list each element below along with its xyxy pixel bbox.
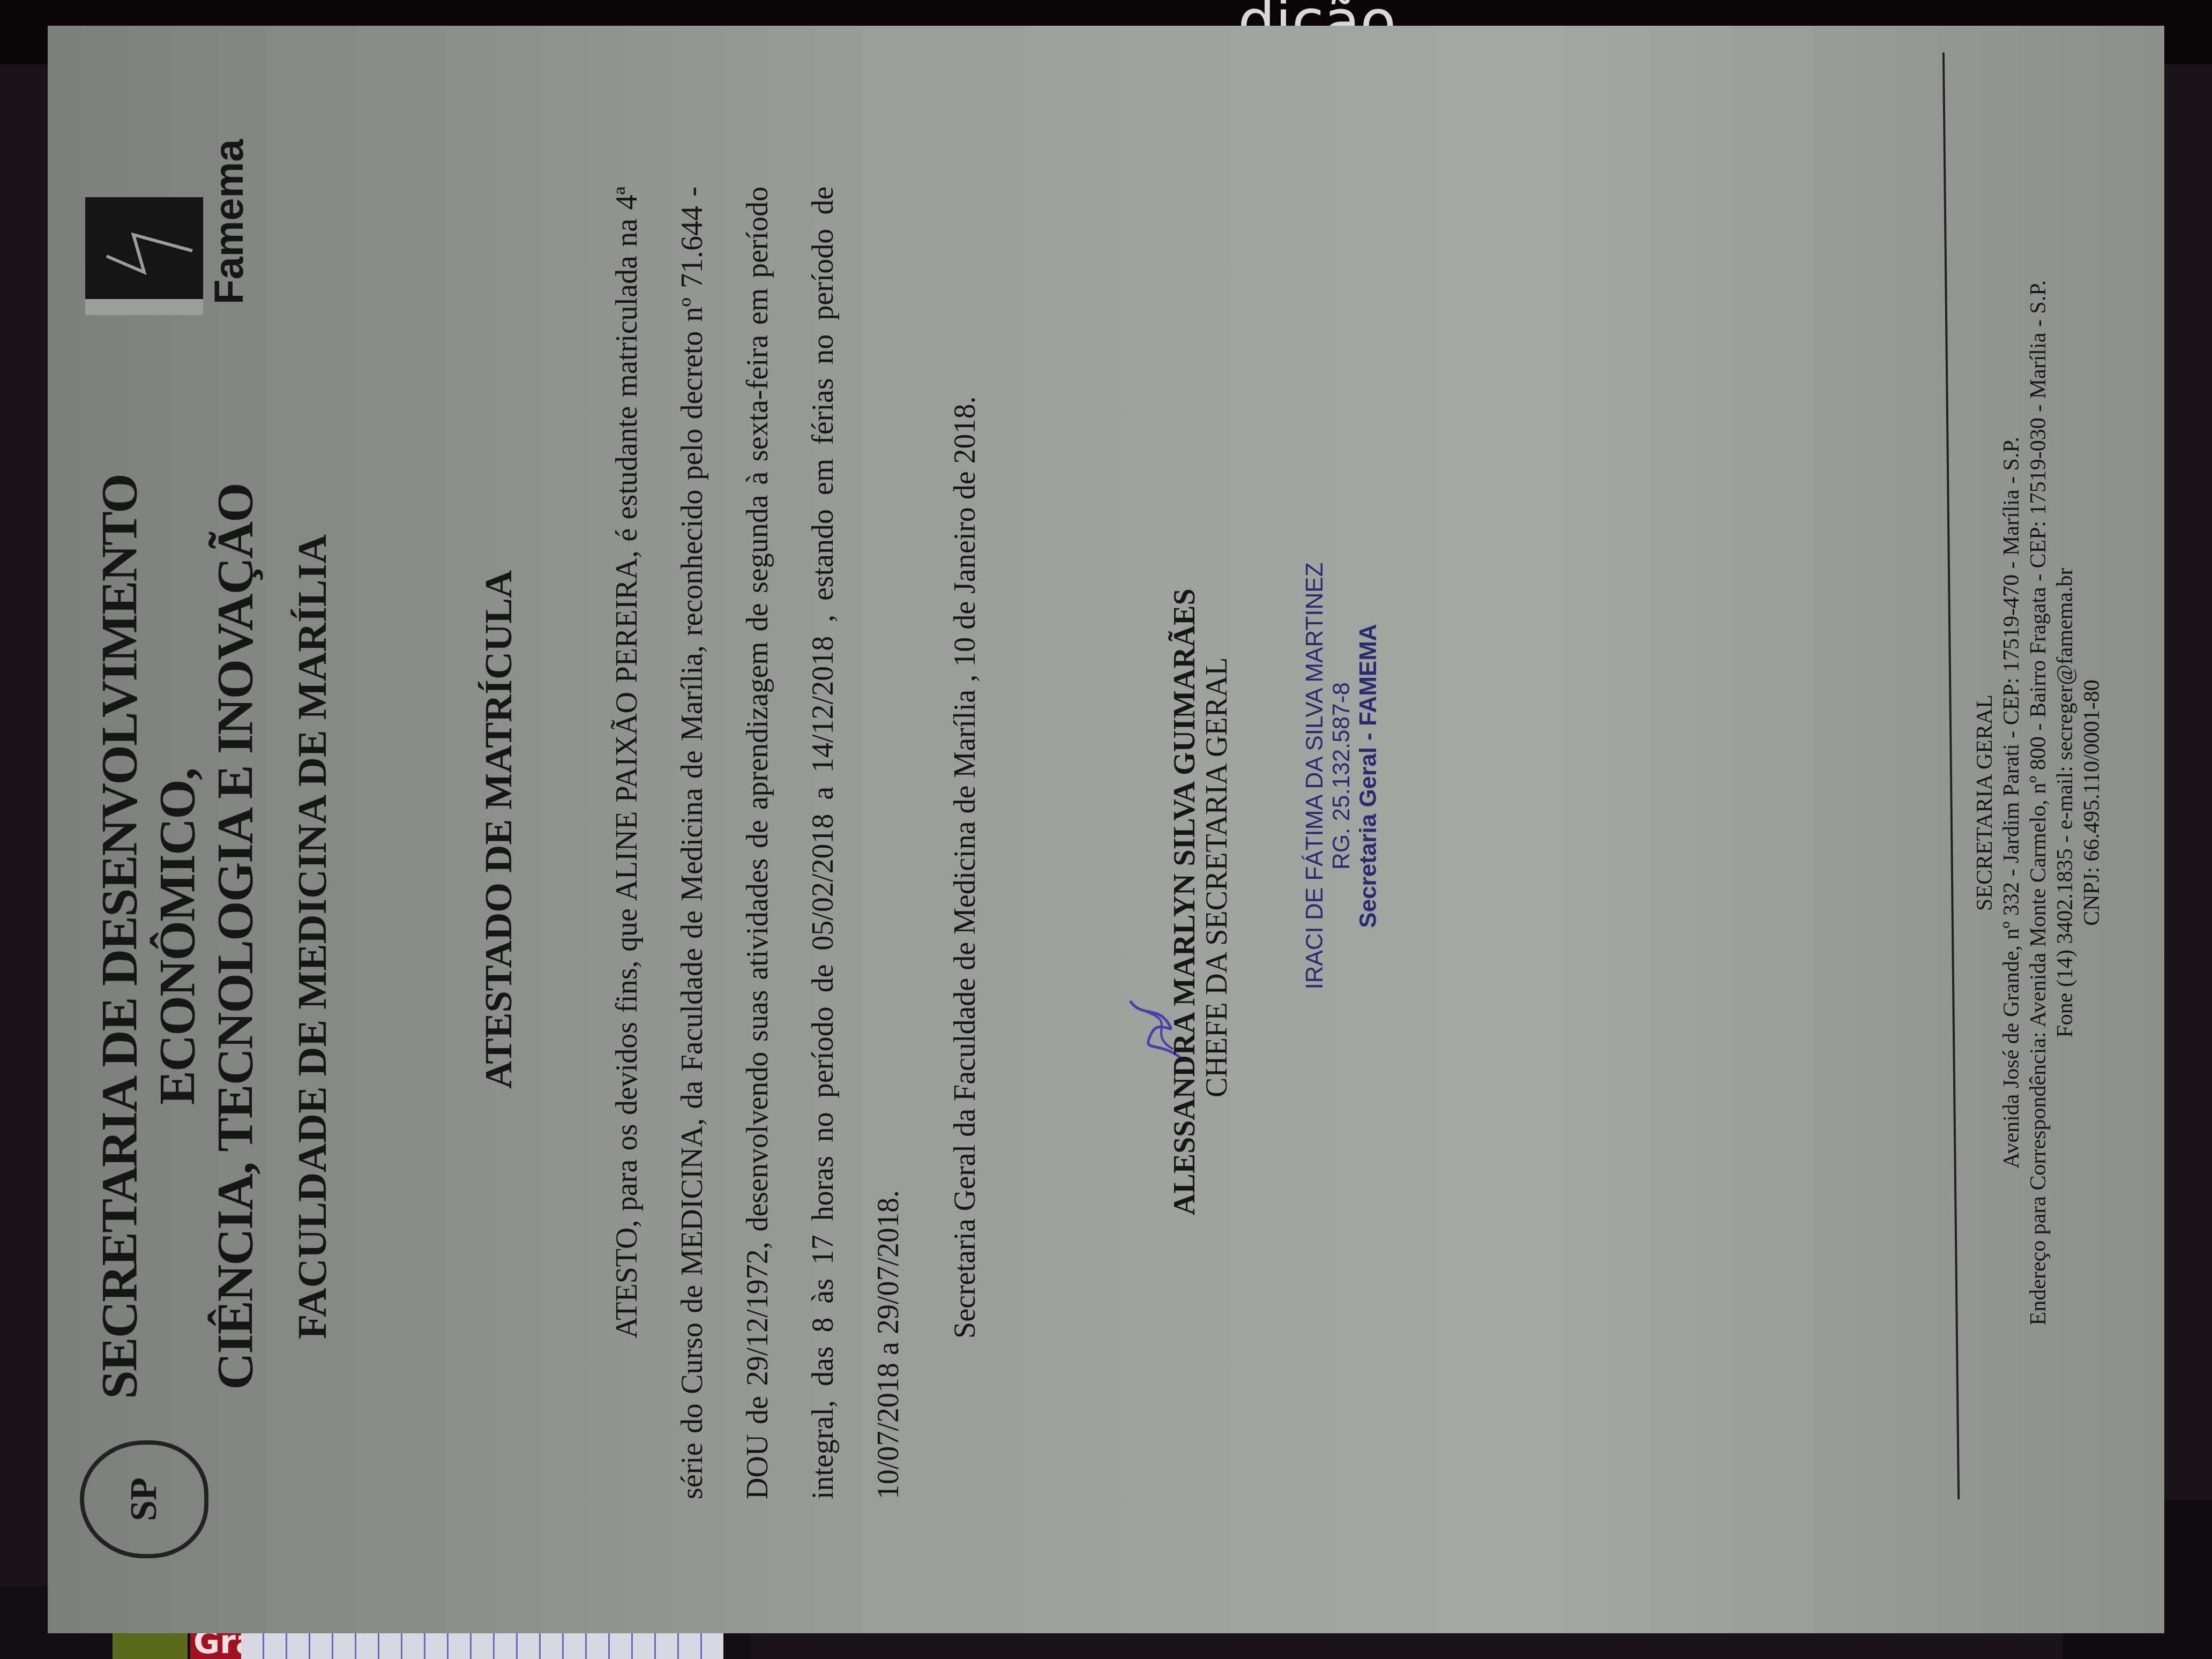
footer-divider	[1942, 53, 1960, 1499]
letterhead-text: SECRETARIA DE DESENVOLVIMENTO ECONÔMICO,…	[91, 454, 339, 1419]
stamp-department: Secretaria Geral - FAMEMA	[1355, 535, 1382, 1017]
photo-frame: SP SECRETARIA DE DESENVOLVIMENTO ECONÔMI…	[0, 0, 2212, 1659]
document-page: SP SECRETARIA DE DESENVOLVIMENTO ECONÔMI…	[48, 26, 2164, 1633]
letterhead-line-1: SECRETARIA DE DESENVOLVIMENTO ECONÔMICO,	[91, 454, 206, 1419]
signatory-role: CHEFE DA SECRETARIA GERAL	[1200, 657, 1234, 1097]
footer-department: SECRETARIA GERAL	[1971, 79, 1998, 1526]
footer-cnpj: CNPJ: 66.495.110/0001-80	[2079, 79, 2105, 1526]
footer-correspondence-address: Endereço para Correspondência: Avenida M…	[2025, 79, 2052, 1526]
crest-text: SP	[123, 1477, 166, 1521]
sao-paulo-crest-icon: SP	[80, 1440, 208, 1558]
date-line: Secretaria Geral da Faculdade de Medicin…	[948, 396, 982, 1339]
letterhead: SP SECRETARIA DE DESENVOLVIMENTO ECONÔMI…	[48, 26, 273, 1633]
institution-name: FACULDADE DE MEDICINA DE MARÍLIA	[286, 454, 339, 1419]
signatory-name: ALESSANDRA MARLYN SILVA GUIMARÃES	[1168, 588, 1202, 1215]
stamp-name: IRACI DE FÁTIMA DA SILVA MARTINEZ	[1302, 535, 1328, 1017]
official-stamp: IRACI DE FÁTIMA DA SILVA MARTINEZ RG. 25…	[1302, 535, 1382, 1017]
footer-address: Avenida José de Grande, nº 332 - Jardim …	[1998, 79, 2025, 1526]
document-body: ATESTO, para os devidos fins, que ALINE …	[594, 186, 921, 1499]
footer-contact: Fone (14) 3402.1835 - e-mail: secreger@f…	[2052, 79, 2079, 1526]
famema-logo-icon: Famema	[85, 176, 246, 326]
logo-line-icon	[85, 197, 203, 315]
stamp-rg: RG. 25.132.587-8	[1328, 535, 1355, 1017]
logo-text: Famema	[206, 139, 252, 304]
document-title: ATESTADO DE MATRÍCULA	[476, 26, 521, 1633]
footer: SECRETARIA GERAL Avenida José de Grande,…	[1971, 79, 2105, 1526]
letterhead-line-2: CIÊNCIA, TECNOLOGIA E INOVAÇÃO	[206, 454, 264, 1419]
body-paragraph: ATESTO, para os devidos fins, que ALINE …	[594, 186, 921, 1499]
